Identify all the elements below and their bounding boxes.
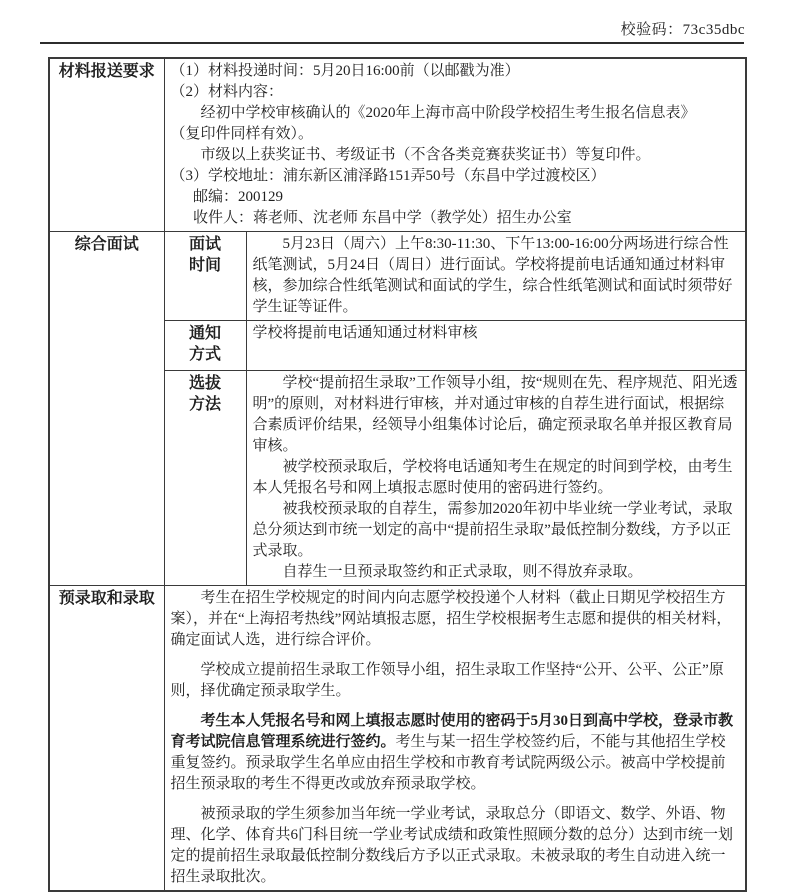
- paragraph: 被我校预录取的自荐生，需参加2020年初中毕业统一学业考试，录取总分须达到市统一…: [253, 499, 740, 562]
- paragraph: 学校将提前电话通知通过材料审核: [253, 323, 740, 344]
- preadmission-admission-content: 考生在招生学校规定的时间内向志愿学校投递个人材料（截止日期见学校招生方案），并在…: [164, 586, 746, 892]
- selection-method-content: 学校“提前招生录取”工作领导小组，按“规则在先、程序规范、阳光透明”的原则，对材…: [246, 371, 746, 586]
- row-header-preadmission-admission: 预录取和录取: [49, 586, 164, 892]
- text-line: （1）材料投递时间：5月20日16:00前（以邮戳为准）: [171, 61, 740, 82]
- material-submission-content: （1）材料投递时间：5月20日16:00前（以邮戳为准） （2）材料内容： 经初…: [164, 58, 746, 232]
- text-line: 收件人：蒋老师、沈老师 东昌中学（教学处）招生办公室: [171, 208, 740, 229]
- subrow-header-interview-time: 面试 时间: [164, 232, 246, 321]
- admissions-table: 材料报送要求 （1）材料投递时间：5月20日16:00前（以邮戳为准） （2）材…: [48, 57, 747, 892]
- paragraph: 学校成立提前招生录取工作领导小组，招生录取工作坚持“公开、公平、公正”原则，择优…: [171, 660, 740, 702]
- text-line: 邮编：200129: [171, 187, 740, 208]
- table-row-interview-time: 综合面试 面试 时间 5月23日（周六）上午8:30-11:30、下午13:00…: [49, 232, 746, 321]
- paragraph: 自荐生一旦预录取签约和正式录取，则不得放弃录取。: [253, 562, 740, 583]
- paragraph: 学校“提前招生录取”工作领导小组，按“规则在先、程序规范、阳光透明”的原则，对材…: [253, 373, 740, 457]
- text-line: 市级以上获奖证书、考级证书（不含各类竞赛获奖证书）等复印件。: [171, 145, 740, 166]
- document-page: 校验码：73c35dbc 材料报送要求 （1）材料投递时间：5月20日16:00…: [0, 0, 791, 895]
- row-header-material-submission: 材料报送要求: [49, 58, 164, 232]
- table-row-preadmission-admission: 预录取和录取 考生在招生学校规定的时间内向志愿学校投递个人材料（截止日期见学校招…: [49, 586, 746, 892]
- interview-time-content: 5月23日（周六）上午8:30-11:30、下午13:00-16:00分两场进行…: [246, 232, 746, 321]
- verification-code: 校验码：73c35dbc: [40, 18, 745, 39]
- header-rule: [40, 42, 744, 44]
- paragraph-with-bold: 考生本人凭报名号和网上填报志愿时使用的密码于5月30日到高中学校，登录市教育考试…: [171, 711, 740, 795]
- text-line: （2）材料内容：: [171, 82, 740, 103]
- paragraph: 考生在招生学校规定的时间内向志愿学校投递个人材料（截止日期见学校招生方案），并在…: [171, 588, 740, 651]
- subrow-header-notification-method: 通知 方式: [164, 321, 246, 371]
- notification-method-content: 学校将提前电话通知通过材料审核: [246, 321, 746, 371]
- row-header-comprehensive-interview: 综合面试: [49, 232, 164, 586]
- paragraph: 5月23日（周六）上午8:30-11:30、下午13:00-16:00分两场进行…: [253, 234, 740, 318]
- text-line: （3）学校地址：浦东新区浦泽路151弄50号（东昌中学过渡校区）: [171, 166, 740, 187]
- text-line: （复印件同样有效）。: [171, 124, 740, 145]
- paragraph: 被学校预录取后，学校将电话通知考生在规定的时间到学校，由考生本人凭报名号和网上填…: [253, 457, 740, 499]
- table-row-material-submission: 材料报送要求 （1）材料投递时间：5月20日16:00前（以邮戳为准） （2）材…: [49, 58, 746, 232]
- paragraph: 被预录取的学生须参加当年统一学业考试，录取总分（即语文、数学、外语、物理、化学、…: [171, 804, 740, 888]
- subrow-header-selection-method: 选拔 方法: [164, 371, 246, 586]
- text-line: 经初中学校审核确认的《2020年上海市高中阶段学校招生考生报名信息表》: [171, 103, 740, 124]
